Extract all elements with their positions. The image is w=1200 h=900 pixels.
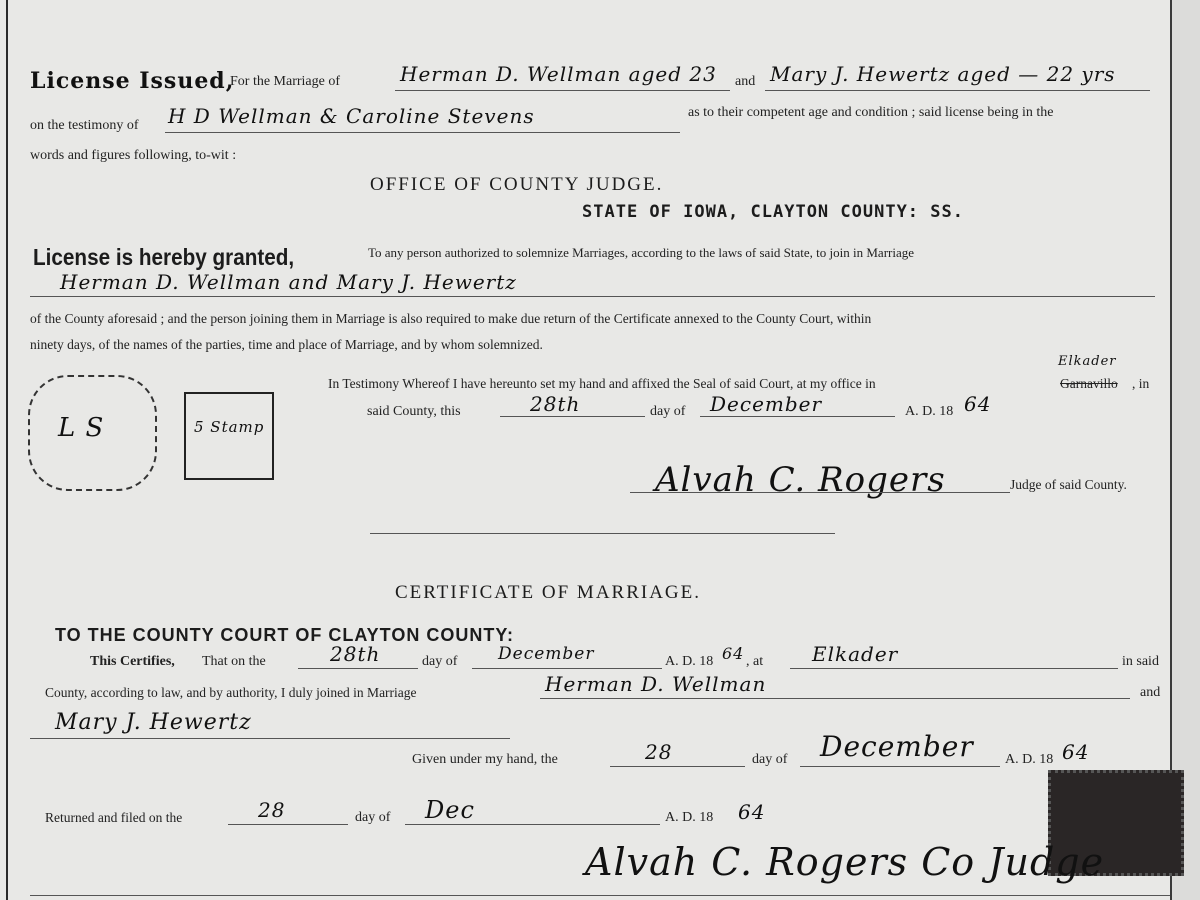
certificate-place: Elkader xyxy=(812,642,898,666)
groom-entry: Herman D. Wellman aged 23 xyxy=(400,62,717,86)
testimony-prefix: on the testimony of xyxy=(30,118,139,134)
testimony-suffix: as to their competent age and condition … xyxy=(688,105,1053,121)
certificate-bride-line xyxy=(30,738,510,739)
and-label: and xyxy=(735,74,755,90)
certificate-ad: A. D. 18 xyxy=(665,654,713,670)
bride-line xyxy=(765,90,1150,91)
given-day-of: day of xyxy=(752,752,787,768)
bride-entry: Mary J. Hewertz aged — 22 yrs xyxy=(770,62,1116,86)
testimony-day-of: day of xyxy=(650,404,685,420)
testimony-month-line xyxy=(700,416,895,417)
certificate-bride: Mary J. Hewertz xyxy=(55,710,252,735)
given-year: 64 xyxy=(1062,740,1089,764)
judge-label: Judge of said County. xyxy=(1010,477,1127,493)
grant-text: To any person authorized to solemnize Ma… xyxy=(368,245,914,261)
stamp-label: 5 Stamp xyxy=(194,418,264,436)
that-on-the: That on the xyxy=(202,654,266,670)
certificate-at: , at xyxy=(746,654,763,670)
returned-day-line xyxy=(228,824,348,825)
testimony-suffix: , in xyxy=(1132,376,1149,392)
grant-line-3: ninety days, of the names of the parties… xyxy=(30,337,543,353)
certificate-and: and xyxy=(1140,685,1160,701)
testimony-ad: A. D. 18 xyxy=(905,404,953,420)
returned-day: 28 xyxy=(258,798,285,822)
bottom-line xyxy=(30,895,1170,896)
certificate-county-line: County, according to law, and by authori… xyxy=(45,685,417,701)
given-month: December xyxy=(820,730,974,763)
testimony-day: 28th xyxy=(530,392,580,416)
stamp-mark: 5 Stamp xyxy=(184,392,274,480)
judge-signature-line xyxy=(630,492,1010,493)
seal-label: L S xyxy=(58,413,104,443)
certificate-month: December xyxy=(498,644,594,664)
certificate-month-line xyxy=(472,668,662,669)
license-issued-heading: License Issued, xyxy=(30,68,234,94)
returned-month-line xyxy=(405,824,660,825)
marriage-license-document: License Issued, For the Marriage of Herm… xyxy=(0,0,1200,900)
given-day: 28 xyxy=(645,740,672,764)
testimony-day-line xyxy=(500,416,645,417)
certificate-groom: Herman D. Wellman xyxy=(545,672,766,696)
testimony-year: 64 xyxy=(964,392,991,416)
certificate-year: 64 xyxy=(722,644,744,663)
office-title: OFFICE OF COUNTY JUDGE. xyxy=(370,174,663,196)
grant-line-2: of the County aforesaid ; and the person… xyxy=(30,311,871,327)
certifies-label: This Certifies, xyxy=(90,654,175,670)
certificate-day: 28th xyxy=(330,642,380,666)
parties-line xyxy=(30,296,1155,297)
words-following: words and figures following, to-wit : xyxy=(30,148,236,164)
said-county-label: said County, this xyxy=(367,404,461,420)
given-ad: A. D. 18 xyxy=(1005,752,1053,768)
seal-mark: L S xyxy=(28,375,157,491)
testimony-text: In Testimony Whereof I have hereunto set… xyxy=(328,376,876,392)
witnesses-entry: H D Wellman & Caroline Stevens xyxy=(168,104,535,128)
certificate-groom-line xyxy=(540,698,1130,699)
certificate-title: CERTIFICATE OF MARRIAGE. xyxy=(395,582,701,604)
certificate-in-said: in said xyxy=(1122,654,1159,670)
certificate-day-line xyxy=(298,668,418,669)
certificate-place-line xyxy=(790,668,1118,669)
groom-line xyxy=(395,90,730,91)
returned-label: Returned and filed on the xyxy=(45,810,182,826)
state-county-line: STATE OF IOWA, CLAYTON COUNTY: SS. xyxy=(582,202,964,222)
parties-entry: Herman D. Wellman and Mary J. Hewertz xyxy=(60,270,517,294)
given-under-label: Given under my hand, the xyxy=(412,752,558,768)
returned-day-of: day of xyxy=(355,810,390,826)
testimony-month: December xyxy=(710,392,822,416)
certificate-day-of: day of xyxy=(422,654,457,670)
returned-ad: A. D. 18 xyxy=(665,810,713,826)
testimony-place-inserted: Elkader xyxy=(1058,354,1117,369)
judge-signature: Alvah C. Rogers xyxy=(655,460,946,500)
clerk-signature: Alvah C. Rogers Co Judge xyxy=(585,840,1104,884)
license-granted-heading: License is hereby granted, xyxy=(33,244,294,271)
witnesses-line xyxy=(165,132,680,133)
given-day-line xyxy=(610,766,745,767)
testimony-place-struck: Garnavillo xyxy=(1060,376,1118,392)
right-margin xyxy=(1172,0,1200,900)
blank-line xyxy=(370,533,835,534)
returned-year: 64 xyxy=(738,800,765,824)
for-marriage-label: For the Marriage of xyxy=(230,74,340,90)
court-heading: TO THE COUNTY COURT OF CLAYTON COUNTY: xyxy=(55,625,514,646)
left-border-rule xyxy=(6,0,8,900)
returned-month: Dec xyxy=(425,796,475,824)
given-month-line xyxy=(800,766,1000,767)
